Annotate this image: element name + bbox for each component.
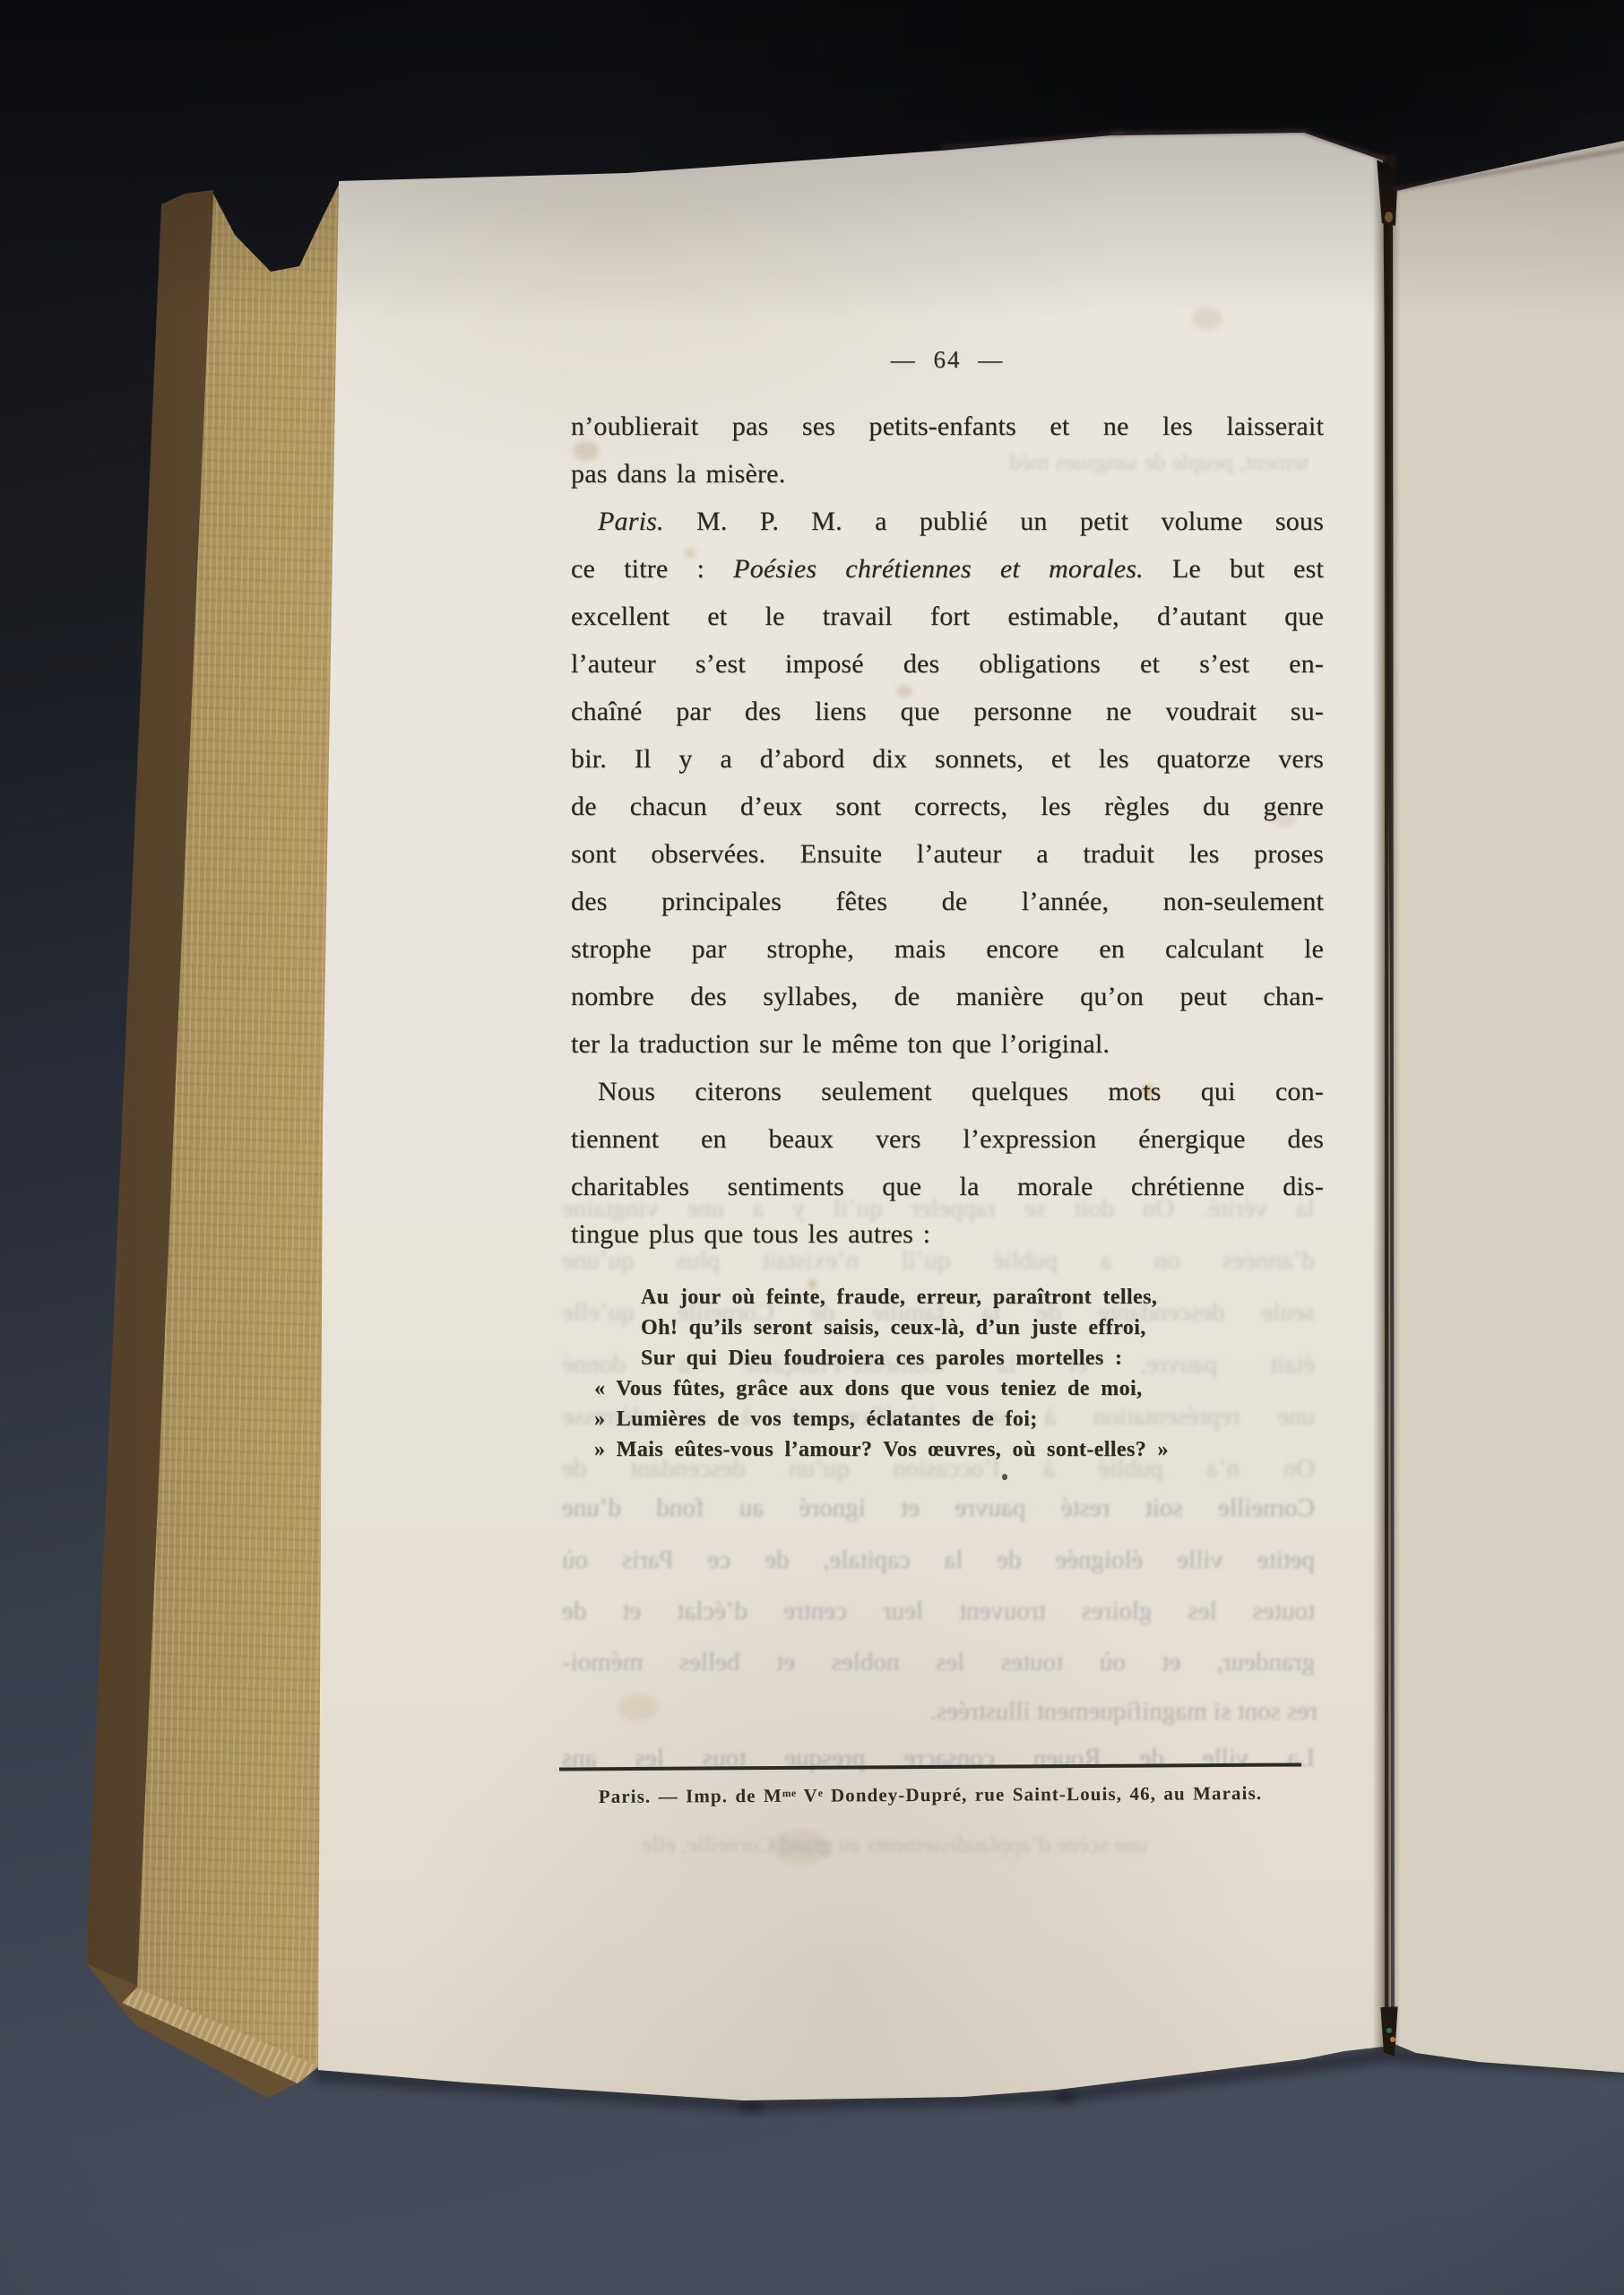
body-text: ce titre : — [571, 554, 733, 584]
body-text: Le but est — [1144, 554, 1324, 584]
verse-line: « Vous fûtes, grâce aux dons que vous te… — [594, 1373, 1143, 1404]
imprint-superscript: me — [782, 1788, 797, 1799]
book-photo: tement, peuple de sangsues méd la vérité… — [0, 0, 1624, 2295]
place-label: Paris. — [598, 507, 664, 536]
body-line: Nous citerons seulement quelques mots qu… — [571, 1074, 1324, 1112]
body-line: n’oublierait pas ses petits-enfants et n… — [571, 409, 1324, 446]
ghost-line: petite ville éloignée de la capitale, de… — [562, 1544, 1315, 1576]
verse-line: Sur qui Dieu foudroiera ces paroles mort… — [641, 1343, 1122, 1373]
verse-line: Au jour où feinte, fraude, erreur, paraî… — [641, 1282, 1157, 1312]
imprint-text: V — [797, 1785, 818, 1806]
body-text: M. P. M. a publié un petit volume sous — [664, 507, 1324, 536]
page-number: — 64 — — [571, 346, 1324, 374]
body-line: tingue plus que tous les autres : — [571, 1217, 1324, 1254]
gutter-line — [1385, 160, 1388, 2048]
body-line: strophe par strophe, mais encore en calc… — [571, 931, 1324, 969]
binding-speck — [1390, 2037, 1395, 2042]
book-title-italic: Poésies chrétiennes et morales. — [733, 554, 1144, 584]
binding-speck — [1386, 2028, 1392, 2033]
foxing-spot — [1192, 308, 1222, 330]
ghost-line: une scène d’applaudissements au grand Co… — [592, 1829, 1147, 1861]
verse-line: » Lumières de vos temps, éclatantes de f… — [594, 1404, 1038, 1434]
body-line: pas dans la misère. — [571, 456, 1324, 494]
imprint-text: Dondey-Dupré, rue Saint-Louis, 46, au Ma… — [823, 1782, 1262, 1806]
body-line: ce titre : Poésies chrétiennes et morale… — [571, 551, 1324, 589]
verse-line: » Mais eûtes-vous l’amour? Vos œuvres, o… — [594, 1434, 1169, 1465]
body-line: chaîné par des liens que personne ne vou… — [571, 694, 1324, 732]
ghost-line: toutes les gloires trouvent leur centre … — [562, 1595, 1315, 1627]
body-line: ter la traduction sur le même ton que l’… — [571, 1026, 1324, 1064]
foxing-spot — [618, 1694, 658, 1721]
imprint-text: Paris. — Imp. de M — [599, 1785, 782, 1807]
imprint-line: Paris. — Imp. de Mme Ve Dondey-Dupré, ru… — [559, 1782, 1301, 1808]
verse-line: Oh! qu’ils seront saisis, ceux-là, d’un … — [641, 1312, 1146, 1343]
ghost-line: res sont si magnifiquement illustrées. — [699, 1695, 1317, 1728]
body-line: nombre des syllabes, de manière qu’on pe… — [571, 979, 1324, 1017]
body-line: bir. Il y a d’abord dix sonnets, et les … — [571, 741, 1324, 779]
ghost-line: grandeur, et où toutes les nobles et bel… — [562, 1646, 1315, 1678]
body-line: des principales fêtes de l’année, non-se… — [571, 884, 1324, 922]
body-line: Paris. M. P. M. a publié un petit volume… — [571, 504, 1324, 541]
body-line: sont observées. Ensuite l’auteur a tradu… — [571, 836, 1324, 874]
body-line: tiennent en beaux vers l’expression éner… — [571, 1122, 1324, 1159]
body-line: excellent et le travail fort estimable, … — [571, 599, 1324, 637]
ghost-line: Corneille soit resté pauvre et ignoré au… — [562, 1492, 1315, 1524]
body-line: charitables sentiments que la morale chr… — [571, 1169, 1324, 1207]
body-line: de chacun d’eux sont corrects, les règle… — [571, 789, 1324, 827]
binding-speck — [1385, 212, 1393, 222]
body-line: l’auteur s’est imposé des obligations et… — [571, 646, 1324, 684]
